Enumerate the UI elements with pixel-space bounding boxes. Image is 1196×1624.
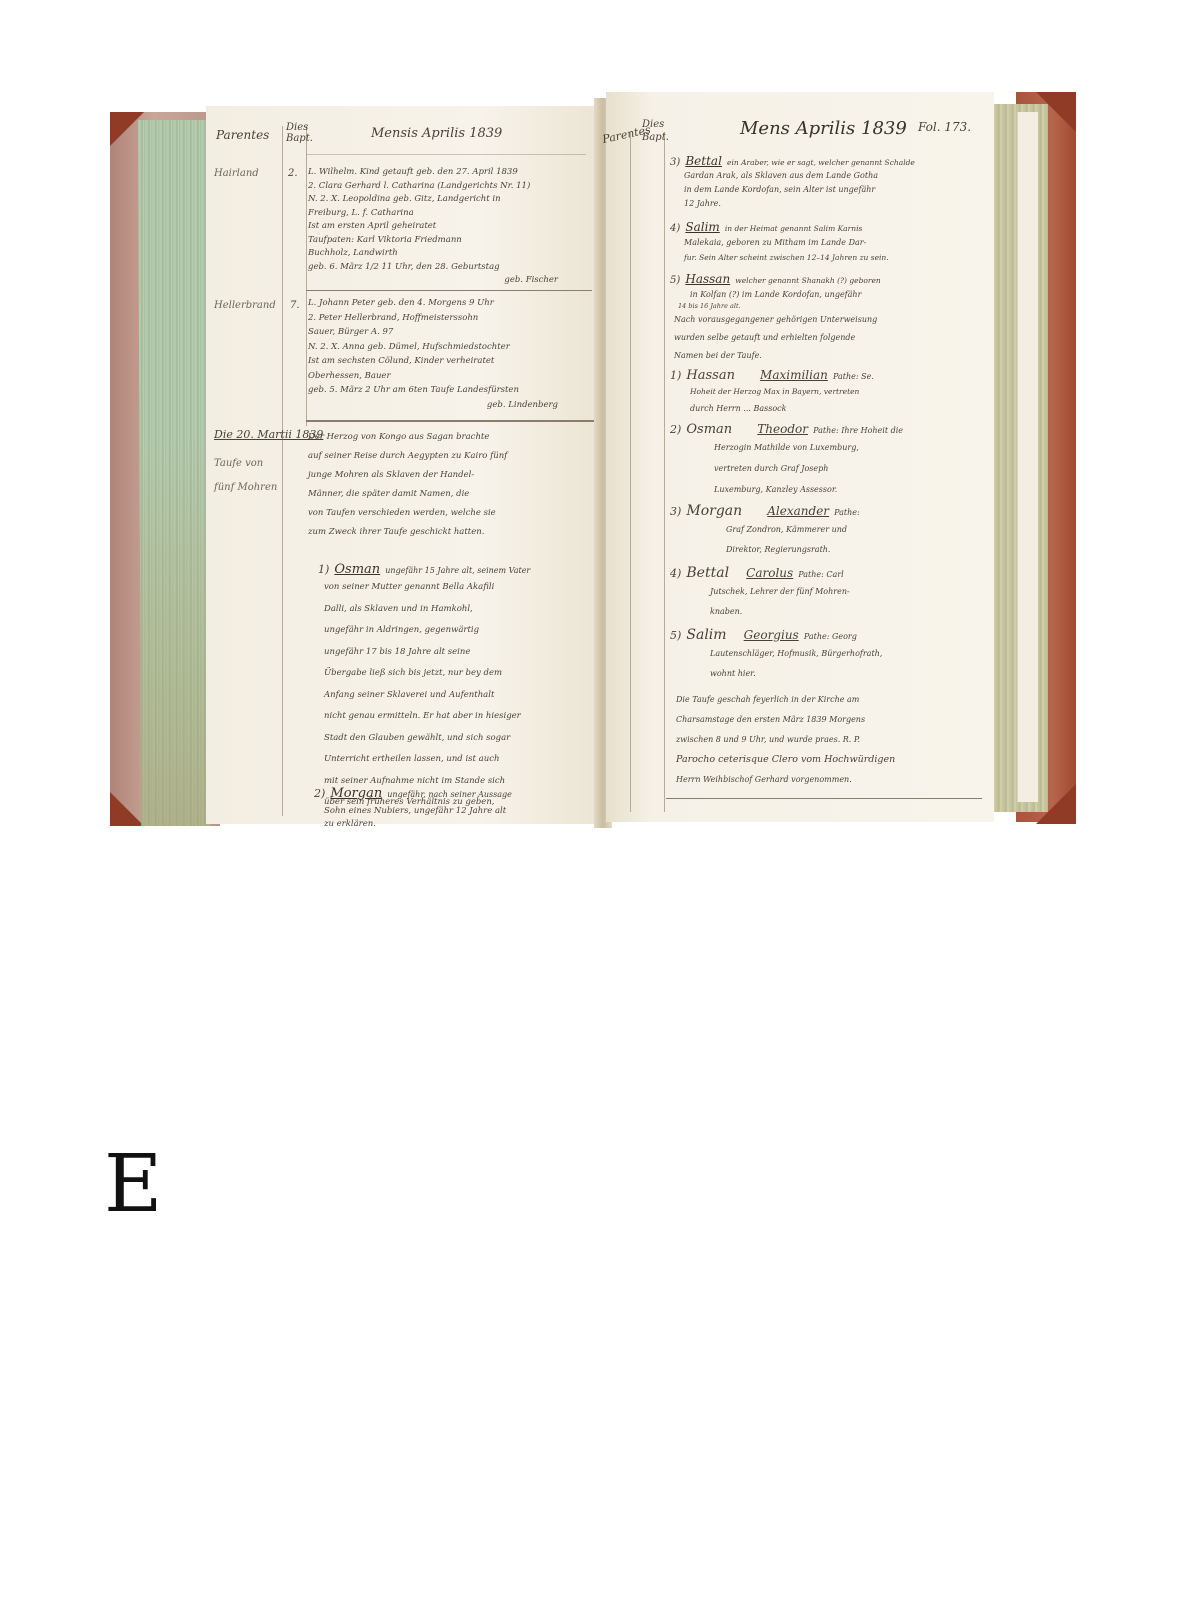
caption-letter: E [104,1144,162,1224]
header-dies-bapt: Dies Bapt. [286,122,308,144]
header-rule [306,154,586,155]
index-tab-strip [1017,112,1038,802]
entry-surname: Hairland [214,168,259,179]
baptism-item: 1) Hassan Maximilian Pathe: Se. Hoheit d… [670,364,990,417]
entry-body: L. Wilhelm. Kind getauft geb. den 27. Ap… [308,166,588,288]
baptismal-name: Theodor [757,422,808,436]
baptismal-name: Carolus [746,566,793,580]
left-page: Parentes Dies Bapt. Mensis Aprilis 1839 … [206,106,600,824]
header-parentes: Parentes [216,128,269,142]
baptism-item: 5) Salim Georgius Pathe: Georg Lautensch… [670,624,990,683]
name-morgan: Morgan [330,786,382,801]
section-item-morgan: 2) Morgan ungefähr, nach seiner Aussage … [314,782,594,821]
convert-item: 3) Bettal ein Araber, wie er sagt, welch… [670,150,990,211]
baptismal-name: Alexander [767,504,829,518]
entry-body: L. Johann Peter geb. den 4. Morgens 9 Uh… [308,296,588,412]
entry-surname: Hellerbrand [214,300,276,311]
section-intro: Der Herzog von Kongo aus Sagan brachte a… [308,428,598,542]
column-rule [630,132,631,812]
convert-item: 4) Salim in der Heimat genannt Salim Kar… [670,216,990,265]
column-rule [664,132,665,812]
page-title: Mens Aprilis 1839 [740,118,907,139]
column-rule [282,126,283,816]
entry-number: 7. [290,300,300,311]
name-osman: Osman [334,562,380,577]
baptismal-name: Maximilian [760,368,828,382]
closing-paragraph: Die Taufe geschah feyerlich in der Kirch… [676,690,996,790]
right-page: Parentes Dies Bapt. Mens Aprilis 1839 Fo… [606,92,994,822]
baptismal-name: Georgius [744,628,799,642]
convert-item: 5) Hassan welcher genannt Shanakh (?) ge… [670,268,990,365]
page-title: Mensis Aprilis 1839 [371,126,502,141]
open-register-book: Parentes Dies Bapt. Mensis Aprilis 1839 … [108,88,1076,830]
entry-divider [306,290,592,291]
leather-corner-bottom-left [110,792,144,826]
entry-number: 2. [288,168,298,179]
section-label: Taufe von fünf Mohren [214,452,280,500]
header-dies-bapt: Dies Bapt. [642,118,666,144]
section-divider [306,420,596,422]
column-rule [306,126,307,426]
baptism-item: 4) Bettal Carolus Pathe: Carl Jutschek, … [670,562,990,621]
closing-rule [666,798,982,799]
section-date: Die 20. Martii 1839 [214,428,323,441]
folio-number: Fol. 173. [918,120,971,134]
left-page-edges [130,120,210,826]
baptism-item: 3) Morgan Alexander Pathe: Graf Zondron,… [670,500,990,559]
baptism-item: 2) Osman Theodor Pathe: Ihre Hoheit die … [670,418,990,500]
